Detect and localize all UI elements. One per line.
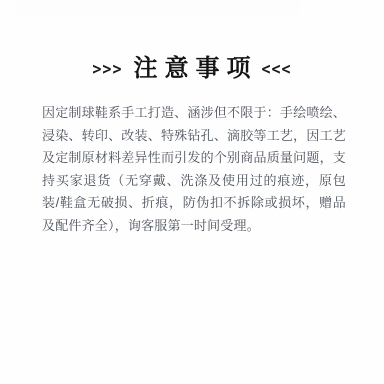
notice-section: >>> 注意事项 <<< 因定制球鞋系手工打造、涵涉但不限于：手绘喷绘、浸染、转… xyxy=(0,0,384,237)
notice-title-text: 注意事项 xyxy=(134,57,258,81)
title-left-arrows: >>> xyxy=(92,60,122,77)
title-right-arrows: <<< xyxy=(262,60,292,77)
notice-page: >>> 注意事项 <<< 因定制球鞋系手工打造、涵涉但不限于：手绘喷绘、浸染、转… xyxy=(0,0,384,384)
notice-body-text: 因定制球鞋系手工打造、涵涉但不限于：手绘喷绘、浸染、转印、改装、特殊钻孔、滴胶等… xyxy=(42,102,346,237)
notice-title: >>> 注意事项 <<< xyxy=(0,57,384,81)
